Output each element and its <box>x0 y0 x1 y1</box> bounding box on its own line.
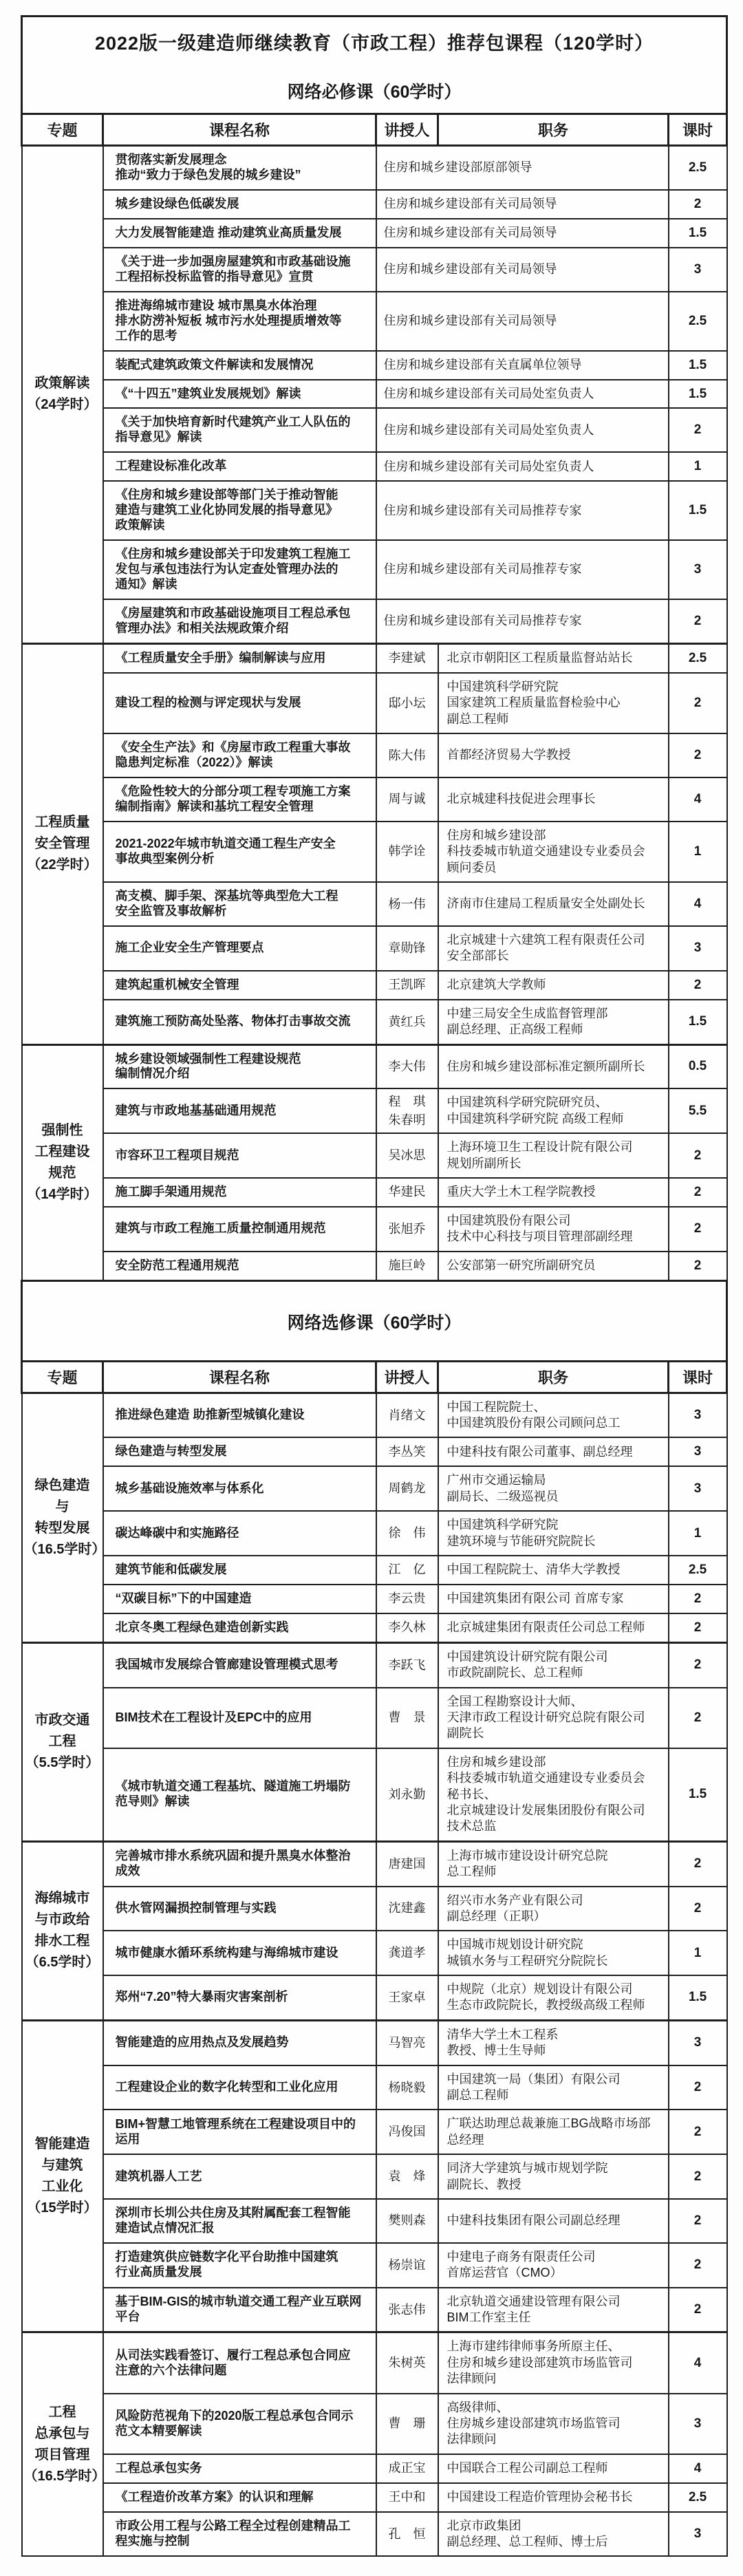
column-header-row: 专题课程名称讲授人职务课时 <box>22 1361 727 1393</box>
topic-cell: 工程质量 安全管理 （22学时） <box>22 643 103 1044</box>
table-row: “双碳目标”下的中国建造李云贵中国建筑集团有限公司 首席专家2 <box>22 1585 727 1613</box>
table-row: 2021-2022年城市轨道交通工程生产安全 事故典型案例分析韩学诠住房和城乡建… <box>22 822 727 882</box>
hours-cell: 3 <box>669 248 727 292</box>
position-cell: 住房和城乡建设部有关司局推荐专家 <box>376 540 669 599</box>
position-cell: 住房和城乡建设部有关司局推荐专家 <box>376 599 669 643</box>
column-header-0: 专题 <box>22 1361 103 1393</box>
hours-cell: 1.5 <box>669 351 727 380</box>
instructor-cell: 李跃飞 <box>376 1642 438 1687</box>
instructor-cell: 杨晓毅 <box>376 2065 438 2110</box>
instructor-cell: 樊则森 <box>376 2199 438 2243</box>
table-row: 强制性 工程建设 规范 （14学时）城乡建设领域强制性工程建设规范 编制情况介绍… <box>22 1044 727 1088</box>
course-name-cell: BIM技术在工程设计及EPC中的应用 <box>103 1688 376 1748</box>
topic-cell: 市政交通 工程 （5.5学时） <box>22 1642 103 1841</box>
course-name-cell: 安全防范工程通用规范 <box>103 1252 376 1280</box>
table-row: 绿色建造 与 转型发展 （16.5学时）推进绿色建造 助推新型城镇化建设肖绪文中… <box>22 1393 727 1437</box>
hours-cell: 4 <box>669 2454 727 2483</box>
course-name-cell: 碳达峰碳中和实施路径 <box>103 1511 376 1556</box>
instructor-cell: 华建民 <box>376 1178 438 1207</box>
position-cell: 上海市城市建设设计研究总院 总工程师 <box>438 1841 669 1886</box>
course-name-cell: 北京冬奥工程绿色建造创新实践 <box>103 1613 376 1642</box>
course-name-cell: 城市健康水循环系统构建与海绵城市建设 <box>103 1931 376 1975</box>
instructor-cell: 黄红兵 <box>376 1000 438 1044</box>
hours-cell: 2.5 <box>669 2483 727 2512</box>
hours-cell: 2 <box>669 2288 727 2332</box>
hours-cell: 3 <box>669 2020 727 2065</box>
table-row: 碳达峰碳中和实施路径徐 伟中国建筑科学研究院 建筑环境与节能研究院院长1 <box>22 1511 727 1556</box>
section-title-cell: 2022版一级建造师继续教育（市政工程）推荐包课程（120学时）网络必修课（60… <box>22 17 727 114</box>
position-cell: 住房和城乡建设部标准定额所副所长 <box>438 1044 669 1088</box>
hours-cell: 2 <box>669 1207 727 1252</box>
column-header-3: 职务 <box>438 1361 669 1393</box>
position-cell: 同济大学建筑与城市规划学院 副院长、教授 <box>438 2154 669 2199</box>
course-name-cell: 打造建筑供应链数字化平台助推中国建筑 行业高质量发展 <box>103 2243 376 2288</box>
course-name-cell: 从司法实践看签订、履行工程总承包合同应 注意的六个法律问题 <box>103 2332 376 2394</box>
hours-cell: 2 <box>669 1613 727 1642</box>
position-cell: 北京城建集团有限责任公司总工程师 <box>438 1613 669 1642</box>
hours-cell: 2 <box>669 190 727 219</box>
instructor-cell: 张志伟 <box>376 2288 438 2332</box>
table-row: 城乡建设绿色低碳发展住房和城乡建设部有关司局领导2 <box>22 190 727 219</box>
instructor-cell: 江 亿 <box>376 1556 438 1585</box>
hours-cell: 3 <box>669 540 727 599</box>
table-row: 《“十四五”建筑业发展规划》解读住房和城乡建设部有关司局处室负责人1.5 <box>22 380 727 409</box>
instructor-cell: 张旭乔 <box>376 1207 438 1252</box>
table-row: 基于BIM-GIS的城市轨道交通工程产业互联网 平台张志伟北京轨道交通建设管理有… <box>22 2288 727 2332</box>
course-name-cell: 大力发展智能建造 推动建筑业高质量发展 <box>103 219 376 248</box>
position-cell: 中国建筑设计研究院有限公司 市政院副院长、总工程师 <box>438 1642 669 1687</box>
hours-cell: 2 <box>669 2243 727 2288</box>
position-cell: 住房和城乡建设部 科技委城市轨道交通建设专业委员会 顾问委员 <box>438 822 669 882</box>
section-header: 网络选修课（60学时） <box>30 1293 719 1351</box>
position-cell: 住房和城乡建设部有关司局推荐专家 <box>376 481 669 540</box>
table-row: BIM技术在工程设计及EPC中的应用曹 景全国工程勘察设计大师、 天津市政工程设… <box>22 1688 727 1748</box>
instructor-cell: 杨一伟 <box>376 882 438 926</box>
course-name-cell: 《工程造价改革方案》的认识和理解 <box>103 2483 376 2512</box>
table-row: 大力发展智能建造 推动建筑业高质量发展住房和城乡建设部有关司局领导1.5 <box>22 219 727 248</box>
section-title-cell: 网络选修课（60学时） <box>22 1280 727 1361</box>
course-name-cell: 完善城市排水系统巩固和提升黑臭水体整治 成效 <box>103 1841 376 1886</box>
hours-cell: 2 <box>669 971 727 1000</box>
position-cell: 中国建设工程造价管理协会秘书长 <box>438 2483 669 2512</box>
table-row: 《住房和城乡建设部等部门关于推动智能 建造与建筑工业化协同发展的指导意见》 政策… <box>22 481 727 540</box>
hours-cell: 2 <box>669 673 727 733</box>
table-row: 高支模、脚手架、深基坑等典型危大工程 安全监管及事故解析杨一伟济南市住建局工程质… <box>22 882 727 926</box>
table-row: 城乡基础设施效率与体系化周鹤龙广州市交通运输局 副局长、二级巡视员3 <box>22 1466 727 1511</box>
course-name-cell: 贯彻落实新发展理念 推动“致力于绿色发展的城乡建设” <box>103 146 376 190</box>
table-row: 建筑与市政工程施工质量控制通用规范张旭乔中国建筑股份有限公司 技术中心科技与项目… <box>22 1207 727 1252</box>
instructor-cell: 施巨岭 <box>376 1252 438 1280</box>
section-header: 网络必修课（60学时） <box>30 78 719 103</box>
course-name-cell: 《住房和城乡建设部等部门关于推动智能 建造与建筑工业化协同发展的指导意见》 政策… <box>103 481 376 540</box>
table-row: 北京冬奥工程绿色建造创新实践李久林北京城建集团有限责任公司总工程师2 <box>22 1613 727 1642</box>
table-row: 郑州“7.20”特大暴雨灾害案剖析王家卓中规院（北京）规划设计有限公司 生态市政… <box>22 1975 727 2020</box>
instructor-cell: 刘永勤 <box>376 1748 438 1841</box>
position-cell: 中国工程院院士、清华大学教授 <box>438 1556 669 1585</box>
topic-cell: 绿色建造 与 转型发展 （16.5学时） <box>22 1393 103 1642</box>
course-name-cell: 智能建造的应用热点及发展趋势 <box>103 2020 376 2065</box>
course-name-cell: 建筑起重机械安全管理 <box>103 971 376 1000</box>
position-cell: 北京市朝阳区工程质量监督站站长 <box>438 643 669 672</box>
column-header-0: 专题 <box>22 114 103 146</box>
instructor-cell: 曹 景 <box>376 1688 438 1748</box>
hours-cell: 2 <box>669 2154 727 2199</box>
hours-cell: 3 <box>669 2394 727 2454</box>
course-name-cell: 城乡建设领域强制性工程建设规范 编制情况介绍 <box>103 1044 376 1088</box>
position-cell: 中规院（北京）规划设计有限公司 生态市政院院长，教授级高级工程师 <box>438 1975 669 2020</box>
instructor-cell: 朱树英 <box>376 2332 438 2394</box>
hours-cell: 2.5 <box>669 292 727 351</box>
hours-cell: 4 <box>669 882 727 926</box>
position-cell: 中国建筑科学研究院研究员、 中国建筑科学研究院 高级工程师 <box>438 1088 669 1133</box>
hours-cell: 4 <box>669 777 727 822</box>
table-row: 市政交通 工程 （5.5学时）我国城市发展综合管廊建设管理模式思考李跃飞中国建筑… <box>22 1642 727 1687</box>
position-cell: 中国城市规划设计研究院 城镇水务与工程研究分院院长 <box>438 1931 669 1975</box>
column-header-4: 课时 <box>669 114 727 146</box>
hours-cell: 1.5 <box>669 219 727 248</box>
instructor-cell: 周与诚 <box>376 777 438 822</box>
hours-cell: 2 <box>669 599 727 643</box>
position-cell: 住房和城乡建设部有关司局领导 <box>376 219 669 248</box>
hours-cell: 2 <box>669 2065 727 2110</box>
position-cell: 中国建筑股份有限公司 技术中心科技与项目管理部副经理 <box>438 1207 669 1252</box>
position-cell: 高级律师、 住房城乡建设部建筑市场监管司 法律顾问 <box>438 2394 669 2454</box>
table-row: 智能建造 与建筑 工业化 （15学时）智能建造的应用热点及发展趋势马智亮清华大学… <box>22 2020 727 2065</box>
hours-cell: 1 <box>669 1511 727 1556</box>
course-name-cell: 市政公用工程与公路工程全过程创建精品工 程实施与控制 <box>103 2512 376 2557</box>
instructor-cell: 袁 烽 <box>376 2154 438 2199</box>
hours-cell: 3 <box>669 2512 727 2557</box>
document-page: 2022版一级建造师继续教育（市政工程）推荐包课程（120学时）网络必修课（60… <box>0 0 743 2576</box>
hours-cell: 2 <box>669 1887 727 1931</box>
position-cell: 中建三局安全生成监督管理部 副总经理、正高级工程师 <box>438 1000 669 1044</box>
table-row: 建筑与市政地基基础通用规范程 琪 朱春明中国建筑科学研究院研究员、 中国建筑科学… <box>22 1088 727 1133</box>
table-row: 《城市轨道交通工程基坑、隧道施工坍塌防 范导则》解读刘永勤住房和城乡建设部 科技… <box>22 1748 727 1841</box>
position-cell: 公安部第一研究所副研究员 <box>438 1252 669 1280</box>
table-row: 安全防范工程通用规范施巨岭公安部第一研究所副研究员2 <box>22 1252 727 1280</box>
course-name-cell: 施工企业安全生产管理要点 <box>103 926 376 971</box>
table-row: 建筑节能和低碳发展江 亿中国工程院院士、清华大学教授2.5 <box>22 1556 727 1585</box>
instructor-cell: 肖绪文 <box>376 1393 438 1437</box>
course-name-cell: BIM+智慧工地管理系统在工程建设项目中的 运用 <box>103 2110 376 2154</box>
instructor-cell: 王凯晖 <box>376 971 438 1000</box>
table-row: 工程建设标准化改革住房和城乡建设部有关司局处室负责人1 <box>22 452 727 481</box>
table-row: 装配式建筑政策文件解读和发展情况住房和城乡建设部有关直属单位领导1.5 <box>22 351 727 380</box>
hours-cell: 2.5 <box>669 643 727 672</box>
course-name-cell: 基于BIM-GIS的城市轨道交通工程产业互联网 平台 <box>103 2288 376 2332</box>
hours-cell: 2.5 <box>669 146 727 190</box>
instructor-cell: 王中和 <box>376 2483 438 2512</box>
hours-cell: 4 <box>669 2332 727 2394</box>
hours-cell: 1.5 <box>669 380 727 409</box>
hours-cell: 2 <box>669 1585 727 1613</box>
table-row: 《住房和城乡建设部关于印发建筑工程施工 发包与承包违法行为认定查处管理办法的 通… <box>22 540 727 599</box>
course-name-cell: 城乡建设绿色低碳发展 <box>103 190 376 219</box>
position-cell: 中国联合工程公司副总工程师 <box>438 2454 669 2483</box>
course-name-cell: 装配式建筑政策文件解读和发展情况 <box>103 351 376 380</box>
position-cell: 中建电子商务有限责任公司 首席运营官（CMO） <box>438 2243 669 2288</box>
position-cell: 重庆大学土木工程学院教授 <box>438 1178 669 1207</box>
hours-cell: 1.5 <box>669 1000 727 1044</box>
hours-cell: 1.5 <box>669 1975 727 2020</box>
section-title-row: 2022版一级建造师继续教育（市政工程）推荐包课程（120学时）网络必修课（60… <box>22 17 727 114</box>
course-name-cell: 《城市轨道交通工程基坑、隧道施工坍塌防 范导则》解读 <box>103 1748 376 1841</box>
instructor-cell: 马智亮 <box>376 2020 438 2065</box>
instructor-cell: 杨崇谊 <box>376 2243 438 2288</box>
table-row: 建筑施工预防高处坠落、物体打击事故交流黄红兵中建三局安全生成监督管理部 副总经理… <box>22 1000 727 1044</box>
course-name-cell: 《危险性较大的分部分项工程专项施工方案 编制指南》解读和基坑工程安全管理 <box>103 777 376 822</box>
hours-cell: 1 <box>669 822 727 882</box>
position-cell: 中国建筑科学研究院 国家建筑工程质量监督检验中心 副总工程师 <box>438 673 669 733</box>
course-name-cell: 建设工程的检测与评定现状与发展 <box>103 673 376 733</box>
topic-cell: 海绵城市 与市政给 排水工程 （6.5学时） <box>22 1841 103 2020</box>
table-row: 《工程造价改革方案》的认识和理解王中和中国建设工程造价管理协会秘书长2.5 <box>22 2483 727 2512</box>
course-name-cell: 建筑机器人工艺 <box>103 2154 376 2199</box>
position-cell: 北京城建十六建筑工程有限责任公司 安全部部长 <box>438 926 669 971</box>
table-row: 《房屋建筑和市政基础设施项目工程总承包 管理办法》和相关法规政策介绍住房和城乡建… <box>22 599 727 643</box>
hours-cell: 1.5 <box>669 1748 727 1841</box>
table-row: 《关于进一步加强房屋建筑和市政基础设施 工程招标投标监管的指导意见》宣贯住房和城… <box>22 248 727 292</box>
position-cell: 住房和城乡建设部有关司局处室负责人 <box>376 408 669 452</box>
table-row: 打造建筑供应链数字化平台助推中国建筑 行业高质量发展杨崇谊中建电子商务有限责任公… <box>22 2243 727 2288</box>
table-row: 建设工程的检测与评定现状与发展邸小坛中国建筑科学研究院 国家建筑工程质量监督检验… <box>22 673 727 733</box>
instructor-cell: 曹 珊 <box>376 2394 438 2454</box>
course-name-cell: 工程建设标准化改革 <box>103 452 376 481</box>
position-cell: 住房和城乡建设部有关司局领导 <box>376 248 669 292</box>
table-row: 政策解读 （24学时）贯彻落实新发展理念 推动“致力于绿色发展的城乡建设”住房和… <box>22 146 727 190</box>
hours-cell: 2 <box>669 1688 727 1748</box>
course-name-cell: 风险防范视角下的2020版工程总承包合同示 范文本精要解读 <box>103 2394 376 2454</box>
course-name-cell: 郑州“7.20”特大暴雨灾害案剖析 <box>103 1975 376 2020</box>
instructor-cell: 韩学诠 <box>376 822 438 882</box>
position-cell: 中建科技集团有限公司副总经理 <box>438 2199 669 2243</box>
position-cell: 上海环境卫生工程设计院有限公司 规划所副所长 <box>438 1133 669 1178</box>
instructor-cell: 吴冰思 <box>376 1133 438 1178</box>
course-name-cell: 建筑施工预防高处坠落、物体打击事故交流 <box>103 1000 376 1044</box>
table-row: 供水管网漏损控制管理与实践沈建鑫绍兴市水务产业有限公司 副总经理（正职）2 <box>22 1887 727 1931</box>
hours-cell: 2 <box>669 2110 727 2154</box>
hours-cell: 1 <box>669 452 727 481</box>
table-row: 施工脚手架通用规范华建民重庆大学土木工程学院教授2 <box>22 1178 727 1207</box>
hours-cell: 5.5 <box>669 1088 727 1133</box>
instructor-cell: 成正宝 <box>376 2454 438 2483</box>
position-cell: 中建科技有限公司董事、副总经理 <box>438 1437 669 1466</box>
position-cell: 住房和城乡建设部有关司局领导 <box>376 292 669 351</box>
table-row: 建筑起重机械安全管理王凯晖北京建筑大学教师2 <box>22 971 727 1000</box>
table-row: 市容环卫工程项目规范吴冰思上海环境卫生工程设计院有限公司 规划所副所长2 <box>22 1133 727 1178</box>
instructor-cell: 冯俊国 <box>376 2110 438 2154</box>
topic-cell: 政策解读 （24学时） <box>22 146 103 644</box>
instructor-cell: 李建斌 <box>376 643 438 672</box>
section-title-row: 网络选修课（60学时） <box>22 1280 727 1361</box>
column-header-row: 专题课程名称讲授人职务课时 <box>22 114 727 146</box>
column-header-3: 职务 <box>438 114 669 146</box>
document-title: 2022版一级建造师继续教育（市政工程）推荐包课程（120学时） <box>30 28 719 55</box>
table-row: 推进海绵城市建设 城市黑臭水体治理 排水防涝补短板 城市污水处理提质增效等 工作… <box>22 292 727 351</box>
position-cell: 住房和城乡建设部有关司局处室负责人 <box>376 452 669 481</box>
course-name-cell: 市容环卫工程项目规范 <box>103 1133 376 1178</box>
course-name-cell: 我国城市发展综合管廊建设管理模式思考 <box>103 1642 376 1687</box>
position-cell: 广联达助理总裁兼施工BG战略市场部 总经理 <box>438 2110 669 2154</box>
hours-cell: 2 <box>669 2199 727 2243</box>
position-cell: 北京建筑大学教师 <box>438 971 669 1000</box>
course-name-cell: 《安全生产法》和《房屋市政工程重大事故 隐患判定标准（2022）》解读 <box>103 733 376 777</box>
position-cell: 中国建筑一局（集团）有限公司 副总工程师 <box>438 2065 669 2110</box>
instructor-cell: 王家卓 <box>376 1975 438 2020</box>
course-name-cell: 城乡基础设施效率与体系化 <box>103 1466 376 1511</box>
course-name-cell: 《房屋建筑和市政基础设施项目工程总承包 管理办法》和相关法规政策介绍 <box>103 599 376 643</box>
table-row: 工程总承包实务成正宝中国联合工程公司副总工程师4 <box>22 2454 727 2483</box>
course-name-cell: 建筑与市政地基基础通用规范 <box>103 1088 376 1133</box>
position-cell: 中国建筑集团有限公司 首席专家 <box>438 1585 669 1613</box>
hours-cell: 3 <box>669 926 727 971</box>
hours-cell: 2 <box>669 1133 727 1178</box>
table-row: 工程 总承包与 项目管理 （16.5学时）从司法实践看签订、履行工程总承包合同应… <box>22 2332 727 2394</box>
table-row: 绿色建造与转型发展李丛笑中建科技有限公司董事、副总经理3 <box>22 1437 727 1466</box>
position-cell: 住房和城乡建设部原部领导 <box>376 146 669 190</box>
column-header-2: 讲授人 <box>376 1361 438 1393</box>
table-row: 深圳市长圳公共住房及其附属配套工程智能 建造试点情况汇报樊则森中建科技集团有限公… <box>22 2199 727 2243</box>
position-cell: 首都经济贸易大学教授 <box>438 733 669 777</box>
topic-cell: 强制性 工程建设 规范 （14学时） <box>22 1044 103 1280</box>
hours-cell: 2 <box>669 408 727 452</box>
instructor-cell: 唐建国 <box>376 1841 438 1886</box>
course-name-cell: 《关于进一步加强房屋建筑和市政基础设施 工程招标投标监管的指导意见》宣贯 <box>103 248 376 292</box>
instructor-cell: 周鹤龙 <box>376 1466 438 1511</box>
hours-cell: 2 <box>669 1178 727 1207</box>
position-cell: 清华大学土木工程系 教授、博士生导师 <box>438 2020 669 2065</box>
hours-cell: 2.5 <box>669 1556 727 1585</box>
table-row: 《危险性较大的分部分项工程专项施工方案 编制指南》解读和基坑工程安全管理周与诚北… <box>22 777 727 822</box>
position-cell: 济南市住建局工程质量安全处副处长 <box>438 882 669 926</box>
course-name-cell: 工程总承包实务 <box>103 2454 376 2483</box>
position-cell: 住房和城乡建设部有关司局领导 <box>376 190 669 219</box>
position-cell: 北京城建科技促进会理事长 <box>438 777 669 822</box>
instructor-cell: 李丛笑 <box>376 1437 438 1466</box>
table-row: 风险防范视角下的2020版工程总承包合同示 范文本精要解读曹 珊高级律师、 住房… <box>22 2394 727 2454</box>
instructor-cell: 沈建鑫 <box>376 1887 438 1931</box>
course-name-cell: 《关于加快培育新时代建筑产业工人队伍的 指导意见》解读 <box>103 408 376 452</box>
course-name-cell: 高支模、脚手架、深基坑等典型危大工程 安全监管及事故解析 <box>103 882 376 926</box>
course-name-cell: 深圳市长圳公共住房及其附属配套工程智能 建造试点情况汇报 <box>103 2199 376 2243</box>
course-name-cell: 推进海绵城市建设 城市黑臭水体治理 排水防涝补短板 城市污水处理提质增效等 工作… <box>103 292 376 351</box>
position-cell: 住房和城乡建设部 科技委城市轨道交通建设专业委员会 秘书长、 北京城建设计发展集… <box>438 1748 669 1841</box>
hours-cell: 1.5 <box>669 481 727 540</box>
table-row: 市政公用工程与公路工程全过程创建精品工 程实施与控制孔 恒北京市政集团 副总经理… <box>22 2512 727 2557</box>
position-cell: 北京市政集团 副总经理、总工程师、博士后 <box>438 2512 669 2557</box>
table-row: 建筑机器人工艺袁 烽同济大学建筑与城市规划学院 副院长、教授2 <box>22 2154 727 2199</box>
course-name-cell: 建筑与市政工程施工质量控制通用规范 <box>103 1207 376 1252</box>
course-name-cell: 《“十四五”建筑业发展规划》解读 <box>103 380 376 409</box>
column-header-4: 课时 <box>669 1361 727 1393</box>
instructor-cell: 李云贵 <box>376 1585 438 1613</box>
course-name-cell: 建筑节能和低碳发展 <box>103 1556 376 1585</box>
table-row: 工程建设企业的数字化转型和工业化应用杨晓毅中国建筑一局（集团）有限公司 副总工程… <box>22 2065 727 2110</box>
hours-cell: 0.5 <box>669 1044 727 1088</box>
instructor-cell: 徐 伟 <box>376 1511 438 1556</box>
course-name-cell: 《工程质量安全手册》编制解读与应用 <box>103 643 376 672</box>
instructor-cell: 李大伟 <box>376 1044 438 1088</box>
position-cell: 中国工程院院士、 中国建筑股份有限公司顾问总工 <box>438 1393 669 1437</box>
instructor-cell: 章勋锋 <box>376 926 438 971</box>
position-cell: 北京轨道交通建设管理有限公司 BIM工作室主任 <box>438 2288 669 2332</box>
table-row: 《安全生产法》和《房屋市政工程重大事故 隐患判定标准（2022）》解读陈大伟首都… <box>22 733 727 777</box>
table-row: 城市健康水循环系统构建与海绵城市建设龚道孝中国城市规划设计研究院 城镇水务与工程… <box>22 1931 727 1975</box>
position-cell: 住房和城乡建设部有关直属单位领导 <box>376 351 669 380</box>
instructor-cell: 陈大伟 <box>376 733 438 777</box>
hours-cell: 2 <box>669 733 727 777</box>
topic-cell: 工程 总承包与 项目管理 （16.5学时） <box>22 2332 103 2557</box>
table-row: 海绵城市 与市政给 排水工程 （6.5学时）完善城市排水系统巩固和提升黑臭水体整… <box>22 1841 727 1886</box>
hours-cell: 2 <box>669 1841 727 1886</box>
hours-cell: 3 <box>669 1466 727 1511</box>
course-name-cell: 施工脚手架通用规范 <box>103 1178 376 1207</box>
table-row: 施工企业安全生产管理要点章勋锋北京城建十六建筑工程有限责任公司 安全部部长3 <box>22 926 727 971</box>
hours-cell: 3 <box>669 1393 727 1437</box>
position-cell: 绍兴市水务产业有限公司 副总经理（正职） <box>438 1887 669 1931</box>
course-table: 2022版一级建造师继续教育（市政工程）推荐包课程（120学时）网络必修课（60… <box>21 15 728 2557</box>
table-row: 《关于加快培育新时代建筑产业工人队伍的 指导意见》解读住房和城乡建设部有关司局处… <box>22 408 727 452</box>
topic-cell: 智能建造 与建筑 工业化 （15学时） <box>22 2020 103 2332</box>
position-cell: 上海市建纬律师事务所原主任、 住房和城乡建设部建筑市场监管司 法律顾问 <box>438 2332 669 2394</box>
position-cell: 广州市交通运输局 副局长、二级巡视员 <box>438 1466 669 1511</box>
course-name-cell: 推进绿色建造 助推新型城镇化建设 <box>103 1393 376 1437</box>
instructor-cell: 程 琪 朱春明 <box>376 1088 438 1133</box>
course-name-cell: 绿色建造与转型发展 <box>103 1437 376 1466</box>
instructor-cell: 孔 恒 <box>376 2512 438 2557</box>
column-header-1: 课程名称 <box>103 1361 376 1393</box>
position-cell: 全国工程勘察设计大师、 天津市政工程设计研究总院有限公司 副院长 <box>438 1688 669 1748</box>
instructor-cell: 龚道孝 <box>376 1931 438 1975</box>
instructor-cell: 李久林 <box>376 1613 438 1642</box>
hours-cell: 2 <box>669 1252 727 1280</box>
course-name-cell: “双碳目标”下的中国建造 <box>103 1585 376 1613</box>
column-header-1: 课程名称 <box>103 114 376 146</box>
position-cell: 住房和城乡建设部有关司局处室负责人 <box>376 380 669 409</box>
column-header-2: 讲授人 <box>376 114 438 146</box>
hours-cell: 3 <box>669 1437 727 1466</box>
course-name-cell: 工程建设企业的数字化转型和工业化应用 <box>103 2065 376 2110</box>
position-cell: 中国建筑科学研究院 建筑环境与节能研究院院长 <box>438 1511 669 1556</box>
course-name-cell: 《住房和城乡建设部关于印发建筑工程施工 发包与承包违法行为认定查处管理办法的 通… <box>103 540 376 599</box>
hours-cell: 2 <box>669 1642 727 1687</box>
course-name-cell: 供水管网漏损控制管理与实践 <box>103 1887 376 1931</box>
table-row: 工程质量 安全管理 （22学时）《工程质量安全手册》编制解读与应用李建斌北京市朝… <box>22 643 727 672</box>
course-name-cell: 2021-2022年城市轨道交通工程生产安全 事故典型案例分析 <box>103 822 376 882</box>
table-row: BIM+智慧工地管理系统在工程建设项目中的 运用冯俊国广联达助理总裁兼施工BG战… <box>22 2110 727 2154</box>
hours-cell: 1 <box>669 1931 727 1975</box>
instructor-cell: 邸小坛 <box>376 673 438 733</box>
